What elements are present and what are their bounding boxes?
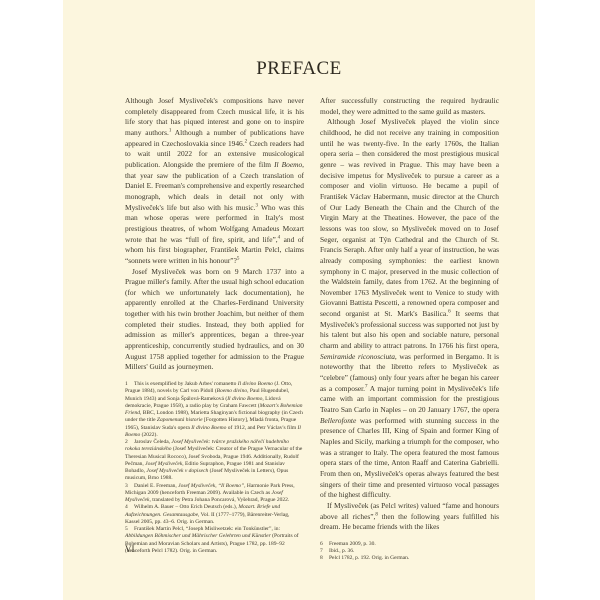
footnote-ref: 8 xyxy=(375,512,378,517)
footnote: 6Freeman 2009, p. 30. xyxy=(320,541,499,548)
footnote: 1This is exemplified by Jakub Arbes' rom… xyxy=(125,381,304,439)
footnote-ref: 4 xyxy=(278,235,281,240)
paragraph: After successfully constructing the requ… xyxy=(320,96,499,117)
footnote: 8Pelcl 1782, p. 192. Orig. in German. xyxy=(320,555,499,562)
footnote: 4Wilhelm A. Bauer – Otto Erich Deutsch (… xyxy=(125,504,304,526)
document-page: PREFACE Although Josef Mysliveček's comp… xyxy=(63,0,535,600)
paragraph: If Mysliveček (as Pelcl writes) valued “… xyxy=(320,501,499,533)
footnote-number: 1 xyxy=(125,381,134,388)
column-left: Although Josef Mysliveček's compositions… xyxy=(125,96,304,555)
footnote-ref: 6 xyxy=(448,310,451,315)
body-text: After successfully constructing the requ… xyxy=(320,96,499,533)
footnote-ref: 7 xyxy=(365,384,368,389)
footnotes: 6Freeman 2009, p. 30.7Ibid., p. 36.8Pelc… xyxy=(320,541,499,563)
paragraph: Although Josef Mysliveček played the vio… xyxy=(320,117,499,501)
page-title: PREFACE xyxy=(63,58,535,80)
footnotes: 1This is exemplified by Jakub Arbes' rom… xyxy=(125,381,304,555)
footnote: 5František Martin Pelcl, “Joseph Misliwe… xyxy=(125,526,304,555)
footnote-ref: 5 xyxy=(237,256,240,261)
footnote-number: 8 xyxy=(320,555,329,562)
footnote-number: 3 xyxy=(125,483,134,490)
footnote-ref: 3 xyxy=(255,203,258,208)
footnote-number: 4 xyxy=(125,504,134,511)
footnote: 3Daniel E. Freeman, Josef Mysliveček, “I… xyxy=(125,483,304,505)
page-number: VI xyxy=(125,544,135,554)
paragraph: Josef Mysliveček was born on 9 March 173… xyxy=(125,267,304,374)
footnote-ref: 2 xyxy=(245,139,248,144)
column-right: After successfully constructing the requ… xyxy=(320,96,499,563)
body-text: Although Josef Mysliveček's compositions… xyxy=(125,96,304,373)
paragraph: Although Josef Mysliveček's compositions… xyxy=(125,96,304,267)
footnote-number: 6 xyxy=(320,541,329,548)
footnote-ref: 1 xyxy=(169,129,172,134)
footnote: 2Jaroslav Čeleda, Josef Mysliveček: tvůr… xyxy=(125,439,304,483)
footnote: 7Ibid., p. 36. xyxy=(320,548,499,555)
footnote-number: 7 xyxy=(320,548,329,555)
